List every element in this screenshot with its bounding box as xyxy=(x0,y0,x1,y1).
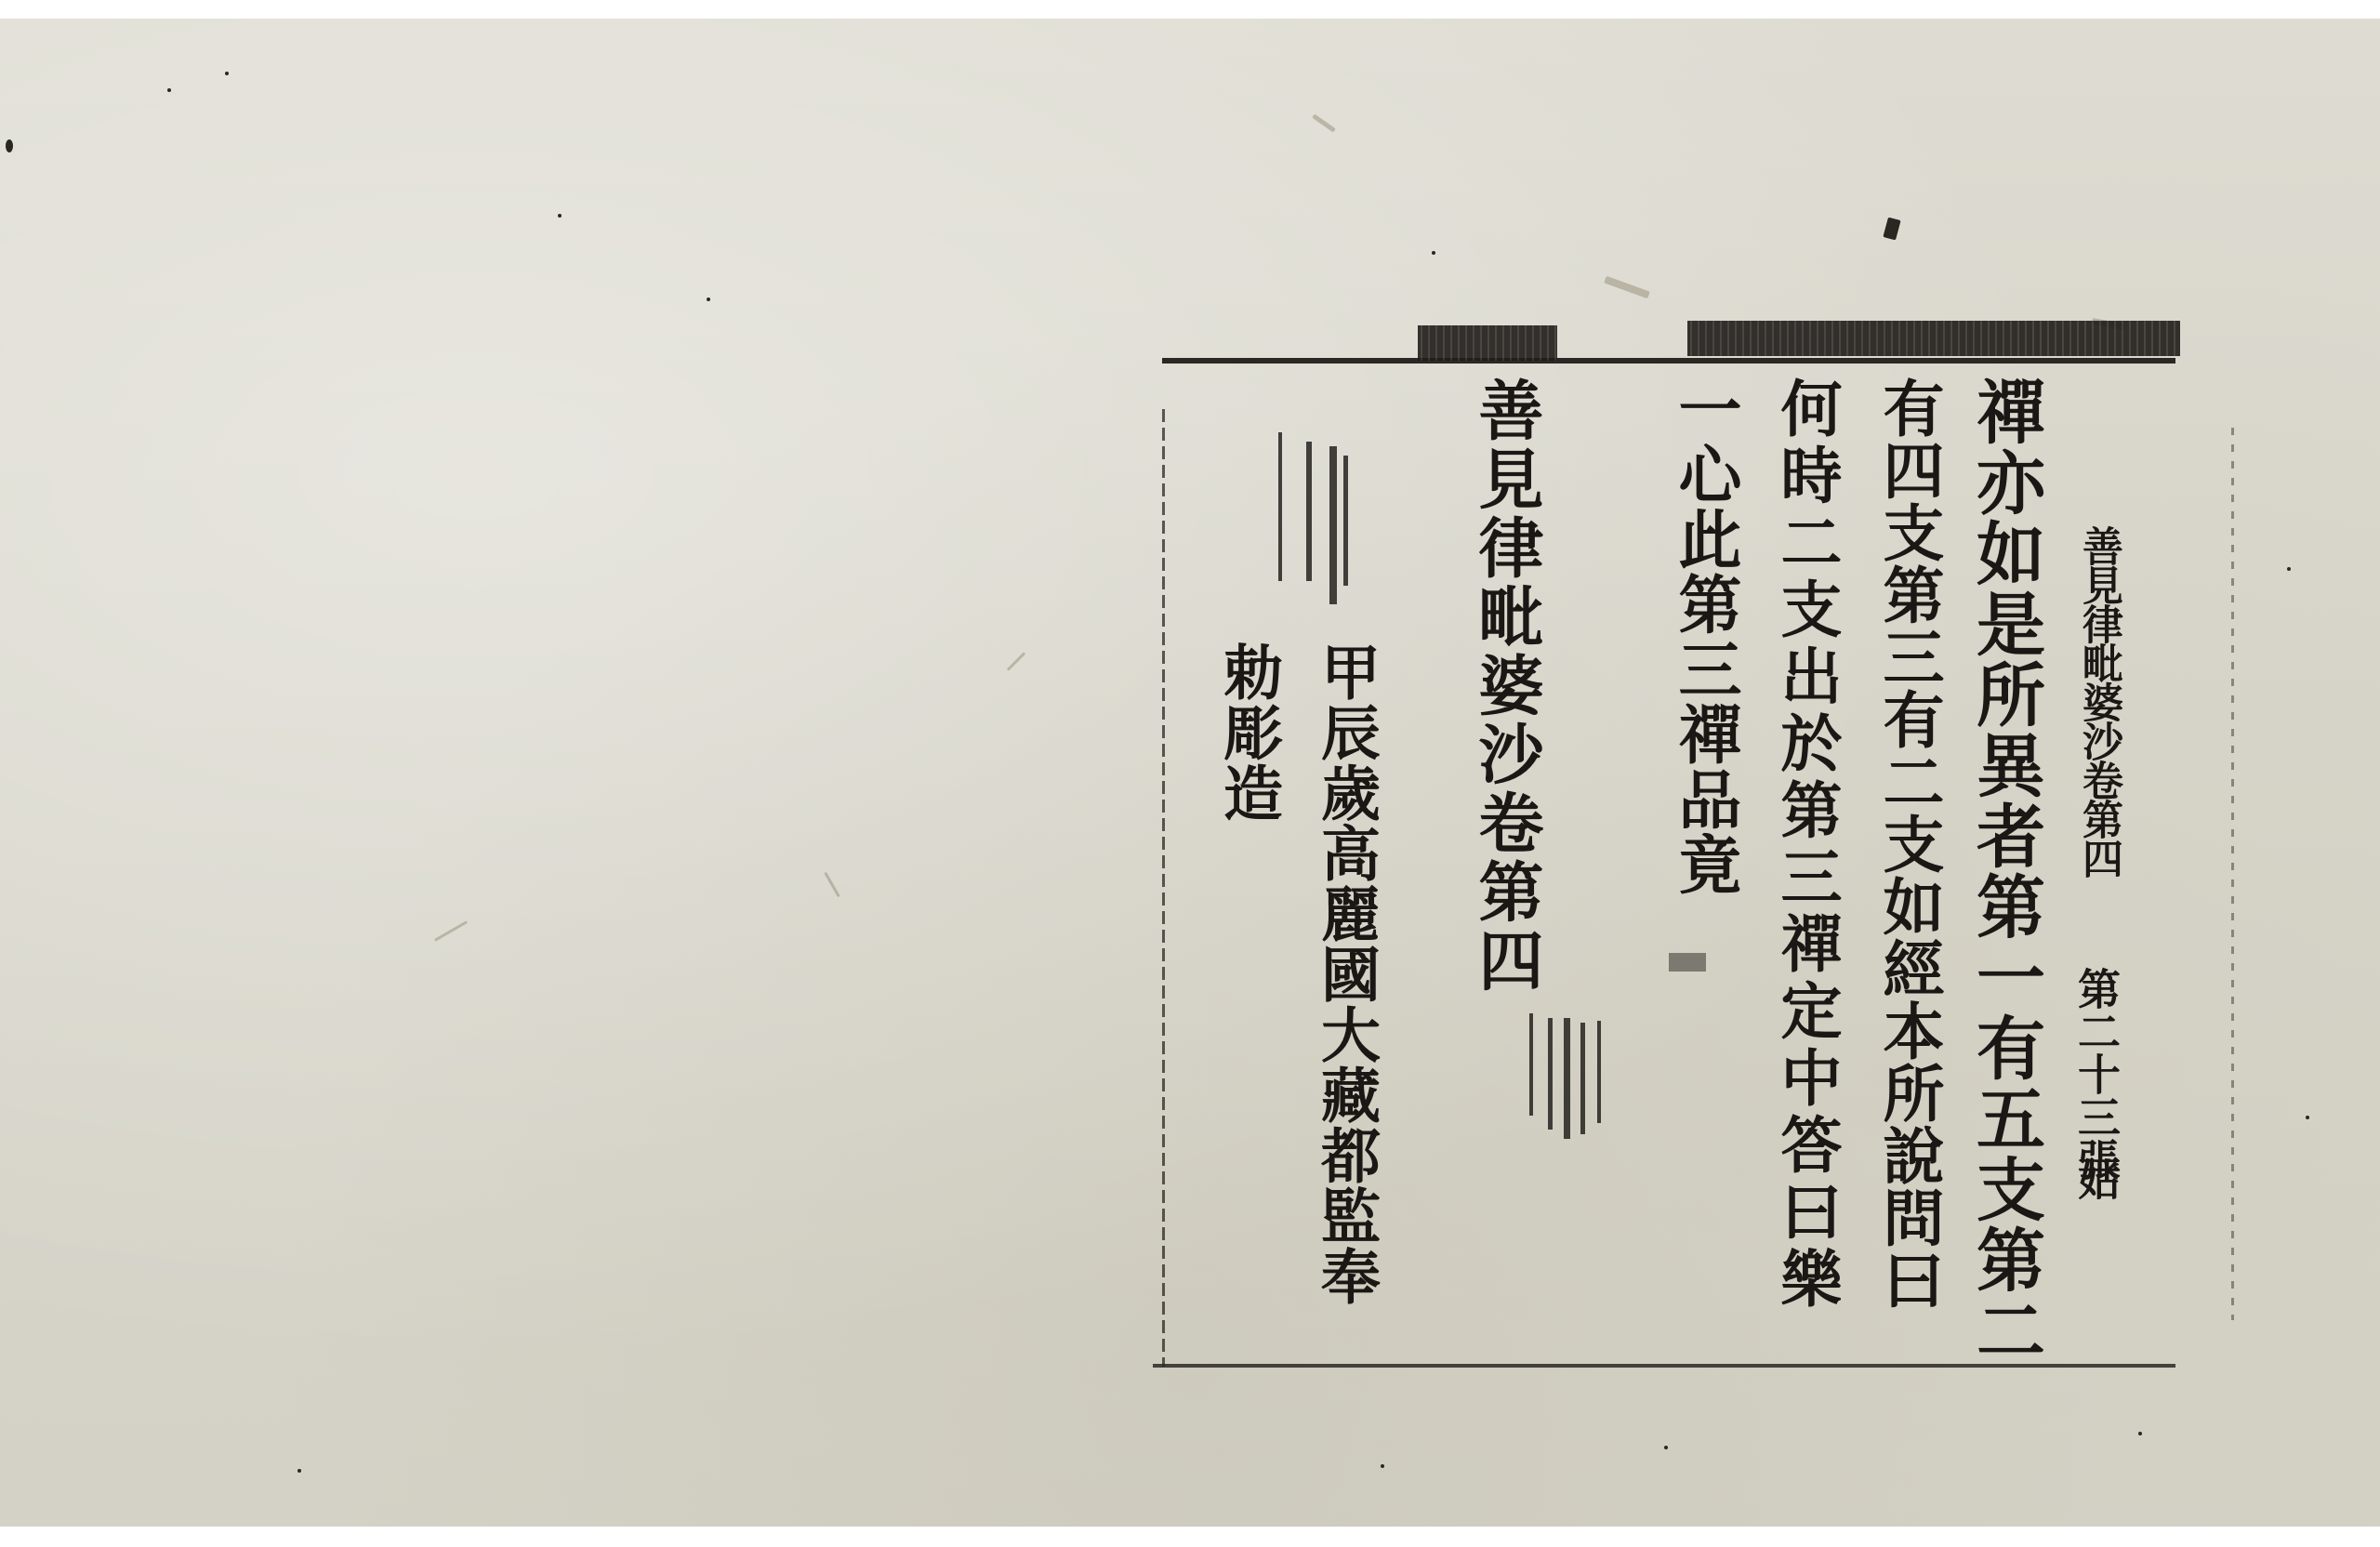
body-column-4: 一心此第三禪品竟 xyxy=(1673,377,1737,897)
ink-speck xyxy=(558,214,562,218)
colophon-line-1: 甲辰歲高麗國大藏都監奉 xyxy=(1316,641,1375,1306)
carving-scratch xyxy=(1669,953,1706,972)
closing-title: 善見律毗婆沙卷第四 xyxy=(1474,377,1539,996)
ink-speck xyxy=(6,139,13,152)
carving-scratch xyxy=(1564,1018,1570,1139)
ink-speck xyxy=(2287,567,2291,571)
carving-scratch xyxy=(1548,1018,1553,1130)
ink-speck xyxy=(1664,1446,1668,1449)
ink-speck xyxy=(707,297,710,301)
carving-scratch xyxy=(1343,456,1348,586)
block-top-border xyxy=(1162,358,2175,364)
body-column-2: 有四支第三有二支如經本所說問曰 xyxy=(1878,377,1939,1311)
ink-speck xyxy=(167,88,171,92)
carver-mark: 姑 xyxy=(2066,1157,2127,1200)
colophon-line-2: 勅彫造 xyxy=(1218,641,1277,823)
ink-speck xyxy=(1883,218,1900,241)
paper-fiber xyxy=(1007,652,1026,671)
ink-smudge-top xyxy=(1687,321,2180,356)
ink-speck xyxy=(225,72,229,75)
carving-scratch xyxy=(1529,1013,1533,1116)
ink-speck xyxy=(297,1469,301,1473)
carving-scratch xyxy=(1278,432,1282,581)
paper-background: 善見律毗婆沙卷第四 第二十三張 姑 禪亦如是所異者第一有五支第二 有四支第三有二… xyxy=(0,19,2380,1527)
body-column-1: 禪亦如是所異者第一有五支第二 xyxy=(1971,377,2040,1366)
ink-speck xyxy=(2138,1432,2142,1435)
block-left-border xyxy=(1162,409,1165,1367)
page-number: 第二十三張 xyxy=(2066,967,2127,1181)
paper-fiber xyxy=(1312,113,1336,132)
paper-fiber xyxy=(1604,276,1650,299)
block-right-border xyxy=(2231,428,2234,1320)
ink-smudge-top xyxy=(1418,325,1557,361)
margin-title: 善見律毗婆沙卷第四 xyxy=(2069,525,2128,877)
paper-fiber xyxy=(824,872,840,897)
carving-scratch xyxy=(1329,446,1337,604)
carving-scratch xyxy=(1580,1023,1585,1134)
ink-speck xyxy=(1381,1464,1384,1468)
body-column-3: 何時二支出於第三禪定中答曰樂 xyxy=(1776,377,1837,1314)
paper-fiber xyxy=(434,920,468,942)
carving-scratch xyxy=(1597,1021,1601,1123)
ink-speck xyxy=(1432,251,1435,255)
ink-speck xyxy=(2306,1116,2309,1119)
carving-scratch xyxy=(1306,442,1312,581)
